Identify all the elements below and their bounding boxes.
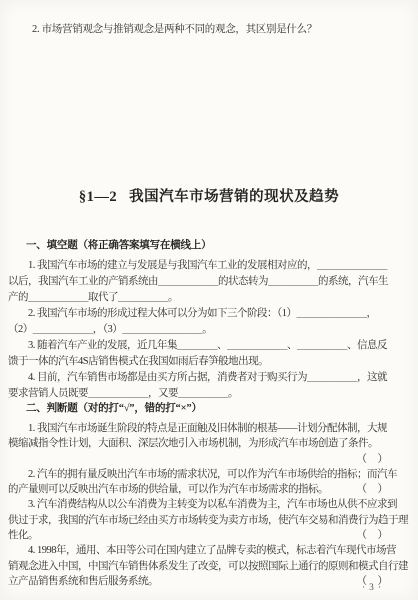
page-number: · 3 · [362, 582, 382, 592]
fill-in-blank-section: 一、填空题（将正确答案填写在横线上） 1. 我国汽车市场的建立与发展是与我国汽车… [8, 238, 400, 402]
previous-section-question: 2. 市场营销观念与推销观念是两种不同的观念，其区别是什么？ [8, 22, 402, 37]
true-false-section: 二、判断题（对的打“√”，错的打“×”） 1. 我国汽车市场诞生阶段的特点是正面… [8, 401, 400, 589]
fill-question-line: 3. 随着汽车产业的发展，近几年集＿＿＿＿、＿＿＿＿＿＿、＿＿＿＿＿、信息反 [8, 338, 400, 354]
section-title-text: 我国汽车市场营销的现状及趋势 [129, 189, 339, 205]
fill-question-line: 2. 我国汽车市场的形成过程大体可以分为如下三个阶段：（1）＿＿＿＿＿＿＿， [8, 306, 400, 322]
true-false-header: 二、判断题（对的打“√”，错的打“×”） [8, 401, 400, 416]
fill-questions: 1. 我国汽车市场的建立与发展是与我国汽车工业的发展相对应的，＿＿＿＿＿＿＿以后… [8, 258, 400, 402]
fill-question-line: 馈于一体的汽车4S店销售模式在我国如雨后春笋般地出现。 [8, 354, 400, 370]
judge-question-text: 性化。 [8, 528, 38, 543]
judge-question-line: 供过于求，我国的汽车市场已经由买方市场转变为卖方市场，使汽车交易和消费行为趋于理 [8, 513, 400, 528]
judge-question-line: 立产品销售系统和售后服务系统。（ ） [8, 574, 400, 589]
judge-question-text: 的产量则可以反映出汽车市场的供给量，可以作为汽车市场需求的指标。 [8, 482, 328, 497]
judge-question-text: 立产品销售系统和售后服务系统。 [8, 574, 158, 589]
fill-question-line: 以后，我国汽车工业的产销系统由＿＿＿＿＿＿的状态转为＿＿＿＿＿的系统，汽车生 [8, 274, 400, 290]
fill-question-line: （2）＿＿＿＿＿＿，（3）＿＿＿＿＿＿＿＿。 [8, 322, 400, 338]
fill-question-line: 1. 我国汽车市场的建立与发展是与我国汽车工业的发展相对应的，＿＿＿＿＿＿＿ [8, 258, 400, 274]
fill-question-line: 产的＿＿＿＿＿＿取代了＿＿＿＿＿。 [8, 290, 400, 306]
judge-question-line: 模缩减指令性计划，大面积、深层次地引入市场机制，为形成汽车市场创造了条件。 [8, 436, 400, 451]
answer-bracket: （ ） [357, 528, 401, 543]
fill-question-line: 4. 目前，汽车销售市场都是由买方所占据，消费者对于购买行为＿＿＿＿＿，这就 [8, 370, 400, 386]
section-title: §1—2我国汽车市场营销的现状及趋势 [0, 185, 418, 206]
answer-bracket: （ ） [8, 452, 400, 467]
judge-question-line: 的产量则可以反映出汽车市场的供给量，可以作为汽车市场需求的指标。（ ） [8, 482, 400, 497]
judge-question-line: 3. 汽车消费结构从以公车消费为主转变为以私车消费为主，汽车市场也从供不应求到 [8, 497, 400, 512]
judge-question-line: 1. 我国汽车市场诞生阶段的特点是正面触及旧体制的根基——计划分配体制，大规 [8, 421, 400, 436]
judge-question-line: 4. 1998年，通用、本田等公司在国内建立了品牌专卖的模式，标志着汽车现代市场… [8, 543, 400, 558]
scanned-textbook-page: 2. 市场营销观念与推销观念是两种不同的观念，其区别是什么？ §1—2我国汽车市… [0, 0, 418, 600]
fill-in-blank-header: 一、填空题（将正确答案填写在横线上） [8, 238, 400, 253]
answer-bracket: （ ） [357, 482, 401, 497]
judge-question-line: 2. 汽车的拥有量反映出汽车市场的需求状况，可以作为汽车市场供给的指标；而汽车 [8, 467, 400, 482]
fill-question-line: 要求营销人员既要＿＿＿＿＿＿，又要＿＿＿＿＿。 [8, 386, 400, 402]
judge-questions: 1. 我国汽车市场诞生阶段的特点是正面触及旧体制的根基——计划分配体制，大规模缩… [8, 421, 400, 589]
section-number: §1—2 [79, 189, 117, 205]
judge-question-line: 销观念进入中国，中国汽车销售体系发生了改变，可以按照国际上通行的原则和模式自行建 [8, 559, 400, 574]
judge-question-line: 性化。（ ） [8, 528, 400, 543]
